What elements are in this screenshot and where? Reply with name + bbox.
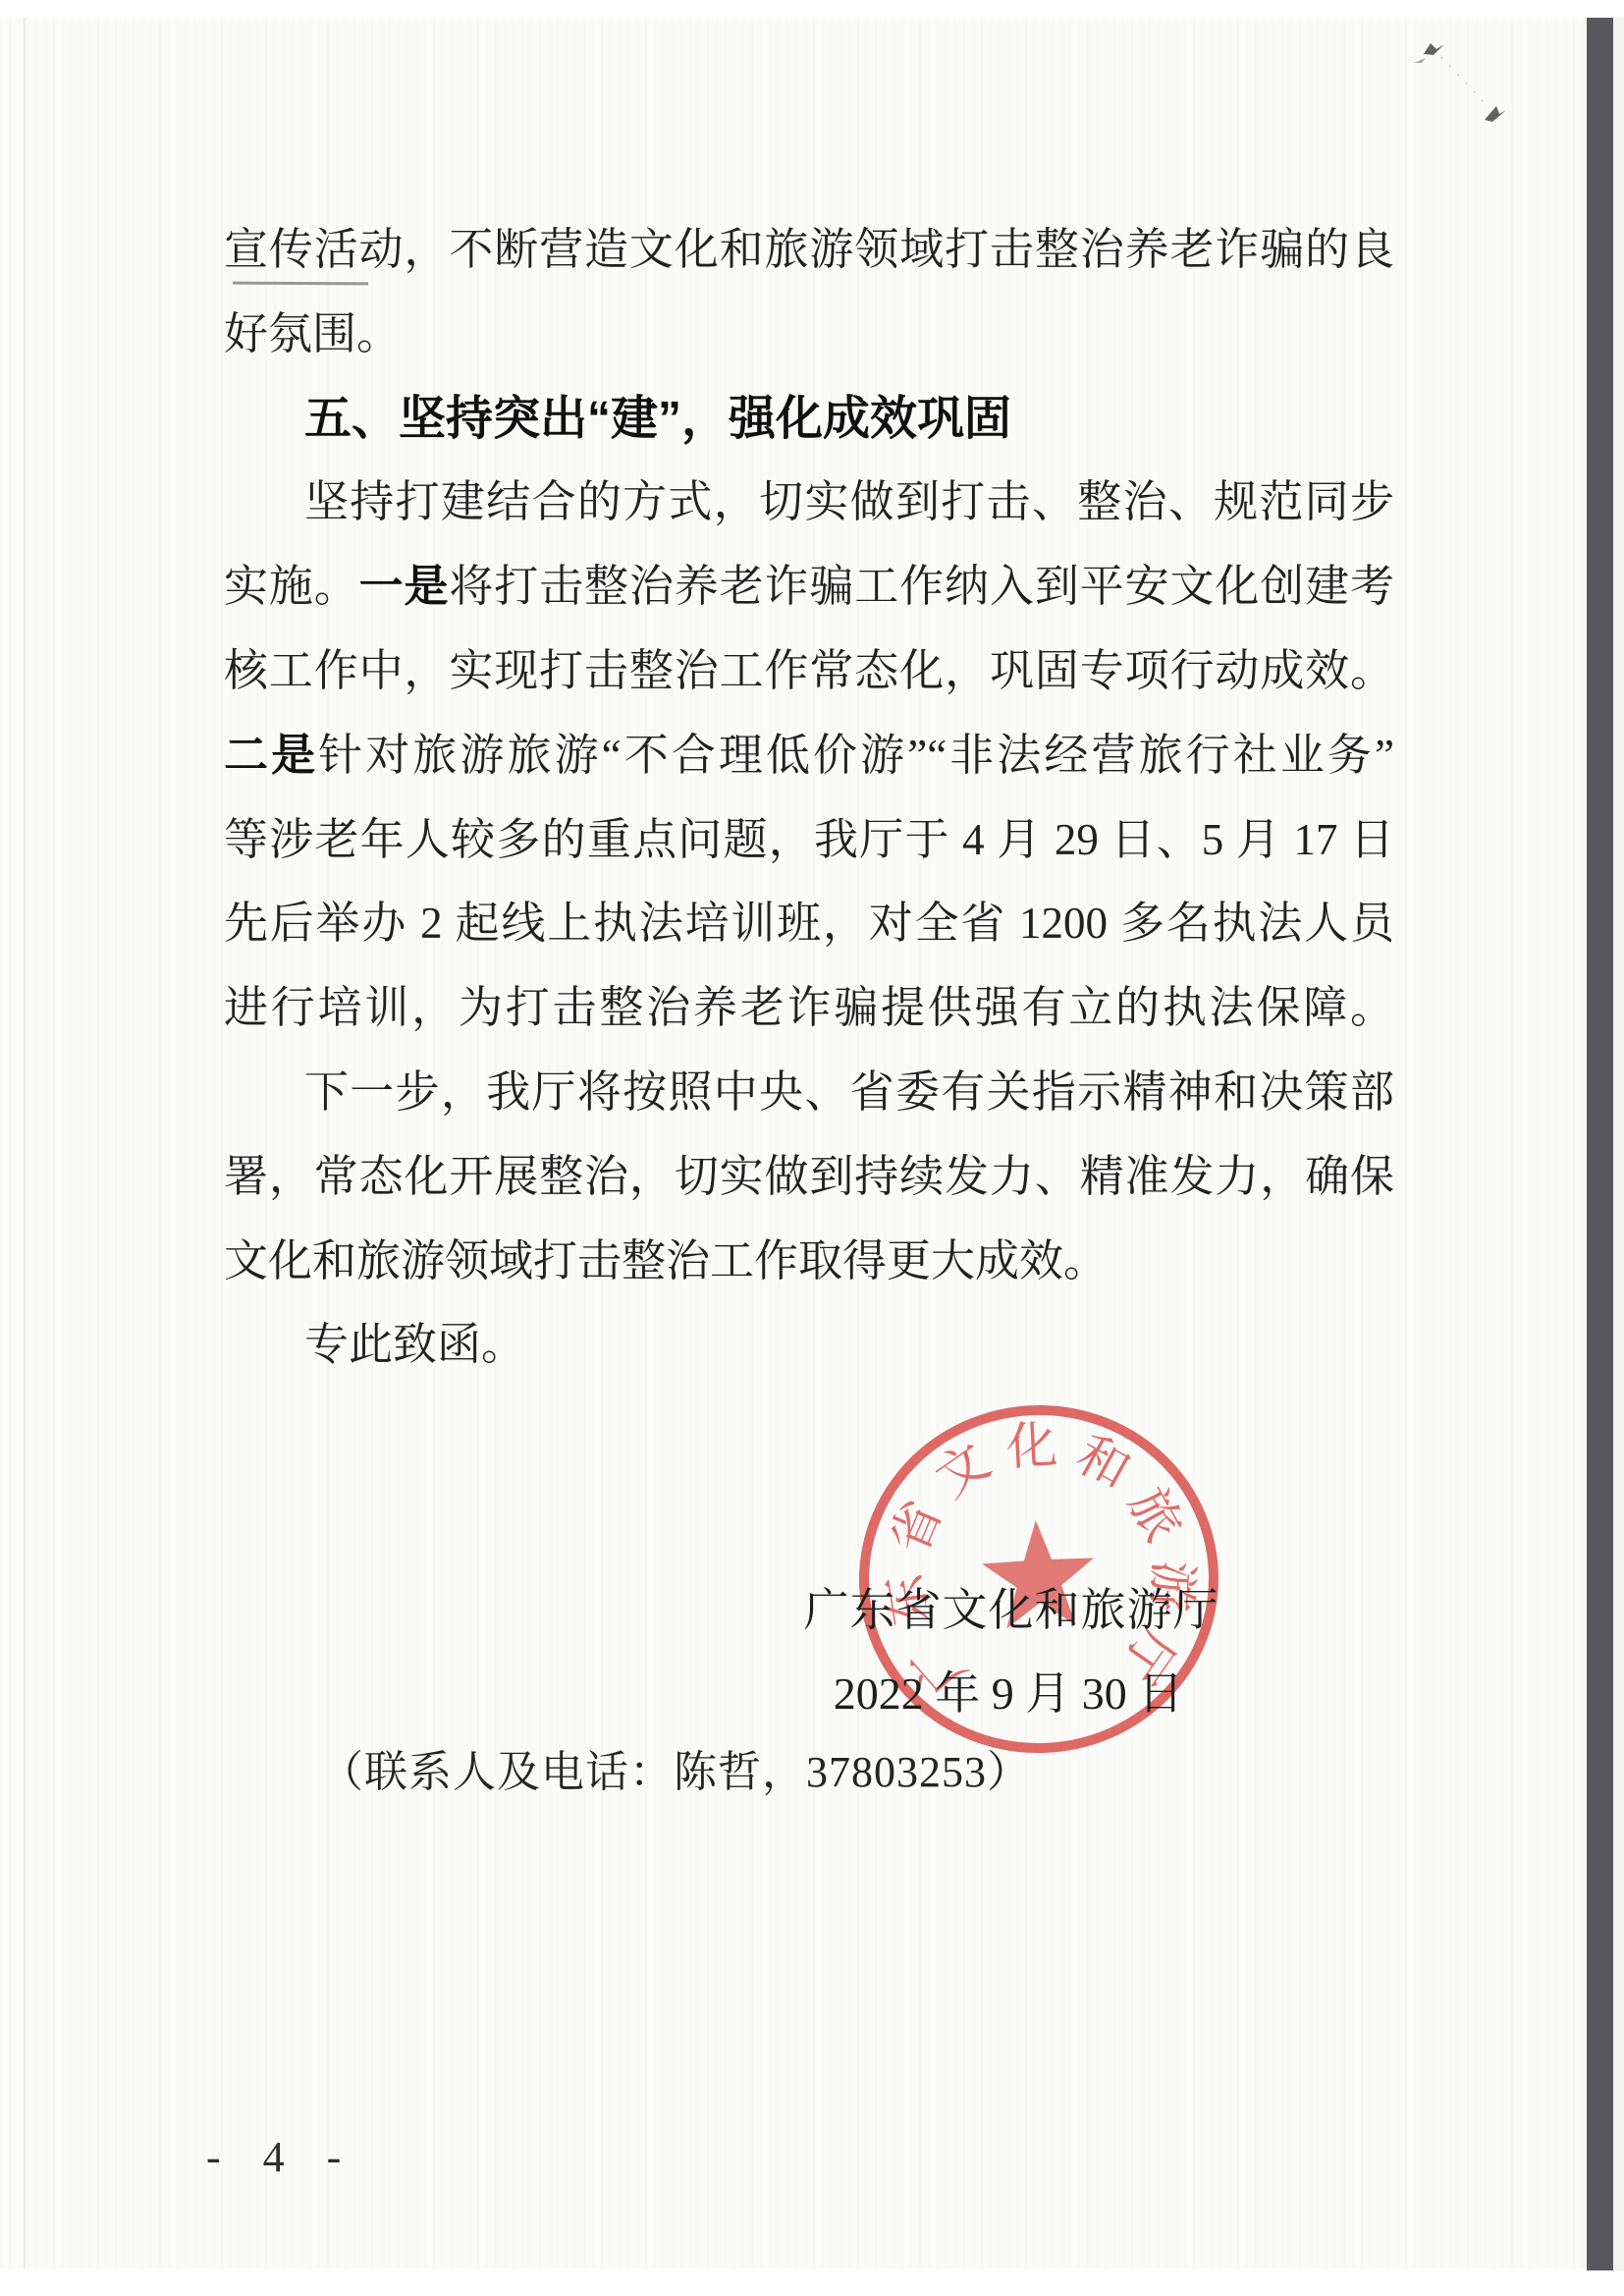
signature-organization: 广东省文化和旅游厅 bbox=[736, 1585, 1286, 1636]
text-run: 五、坚持突出“建”，强化成效巩固 bbox=[304, 393, 1011, 445]
signature-date: 2022 年 9 月 30 日 bbox=[733, 1668, 1283, 1720]
text-line: 坚持打建结合的方式，切实做到打击、整治、规范同步 bbox=[224, 461, 1394, 545]
scan-edge-shadow bbox=[1587, 18, 1613, 2270]
text-run: 好氛围。 bbox=[224, 309, 401, 358]
letter-body: 宣传活动，不断营造文化和旅游领域打击整治养老诈骗的良好氛围。五、坚持突出“建”，… bbox=[224, 208, 1394, 1388]
text-line: 下一步，我厅将按照中央、省委有关指示精神和决策部 bbox=[224, 1051, 1394, 1135]
text-run: 核工作中，实现打击整治工作常态化，巩固专项行动成效。 bbox=[224, 646, 1394, 695]
text-run: 将打击整治养老诈骗工作纳入到平安文化创建考 bbox=[449, 562, 1394, 611]
text-run: 文化和旅游领域打击整治工作取得更大成效。 bbox=[224, 1236, 1108, 1285]
page-number: - 4 - bbox=[206, 2135, 356, 2180]
text-run: 等涉老年人较多的重点问题，我厅于 4 月 29 日、5 月 17 日 bbox=[224, 815, 1394, 864]
text-run: 署，常态化开展整治，切实做到持续发力、精准发力，确保 bbox=[224, 1152, 1394, 1201]
text-line: 好氛围。 bbox=[224, 293, 1394, 377]
seal-arc-char: 省 bbox=[882, 1493, 953, 1561]
text-run: 针对旅游旅游“不合理低价游”“非法经营旅行社业务” bbox=[318, 731, 1394, 780]
text-run: 实施。 bbox=[224, 562, 359, 611]
text-line: 等涉老年人较多的重点问题，我厅于 4 月 29 日、5 月 17 日 bbox=[224, 798, 1394, 883]
text-line: 署，常态化开展整治，切实做到持续发力、精准发力，确保 bbox=[224, 1135, 1394, 1220]
text-run: 一是 bbox=[359, 562, 450, 611]
text-line: 进行培训，为打击整治养老诈骗提供强有立的执法保障。 bbox=[224, 966, 1394, 1051]
text-line: 二是针对旅游旅游“不合理低价游”“非法经营旅行社业务” bbox=[224, 714, 1394, 798]
scanned-document-page: 宣传活动，不断营造文化和旅游领域打击整治养老诈骗的良好氛围。五、坚持突出“建”，… bbox=[0, 0, 1624, 2296]
text-line: 宣传活动，不断营造文化和旅游领域打击整治养老诈骗的良 bbox=[224, 208, 1394, 293]
text-run: 宣传活动，不断营造文化和旅游领域打击整治养老诈骗的良 bbox=[224, 225, 1394, 274]
text-run: 二是 bbox=[224, 731, 318, 780]
text-line: 先后举办 2 起线上执法培训班，对全省 1200 多名执法人员 bbox=[224, 882, 1394, 966]
scan-fold-line bbox=[24, 18, 26, 2269]
seal-arc-char: 化 bbox=[1004, 1418, 1058, 1477]
text-run: 下一步，我厅将按照中央、省委有关指示精神和决策部 bbox=[304, 1067, 1394, 1117]
text-line: 文化和旅游领域打击整治工作取得更大成效。 bbox=[224, 1220, 1394, 1304]
ink-smudge-icon bbox=[1394, 20, 1551, 147]
scan-edge-background bbox=[1613, 18, 1624, 2270]
text-line: 专此致函。 bbox=[224, 1303, 1394, 1388]
text-line: 实施。一是将打击整治养老诈骗工作纳入到平安文化创建考 bbox=[224, 545, 1394, 629]
text-run: 进行培训，为打击整治养老诈骗提供强有立的执法保障。 bbox=[224, 983, 1394, 1032]
text-line: 核工作中，实现打击整治工作常态化，巩固专项行动成效。 bbox=[224, 629, 1394, 714]
contact-info-line: （联系人及电话：陈哲，37803253） bbox=[320, 1750, 1031, 1795]
text-run: 坚持打建结合的方式，切实做到打击、整治、规范同步 bbox=[304, 477, 1394, 526]
text-run: 先后举办 2 起线上执法培训班，对全省 1200 多名执法人员 bbox=[224, 899, 1394, 948]
section-heading: 五、坚持突出“建”，强化成效巩固 bbox=[224, 377, 1394, 462]
text-run: 专此致函。 bbox=[304, 1320, 525, 1369]
seal-arc-char: 旅 bbox=[1117, 1479, 1191, 1551]
